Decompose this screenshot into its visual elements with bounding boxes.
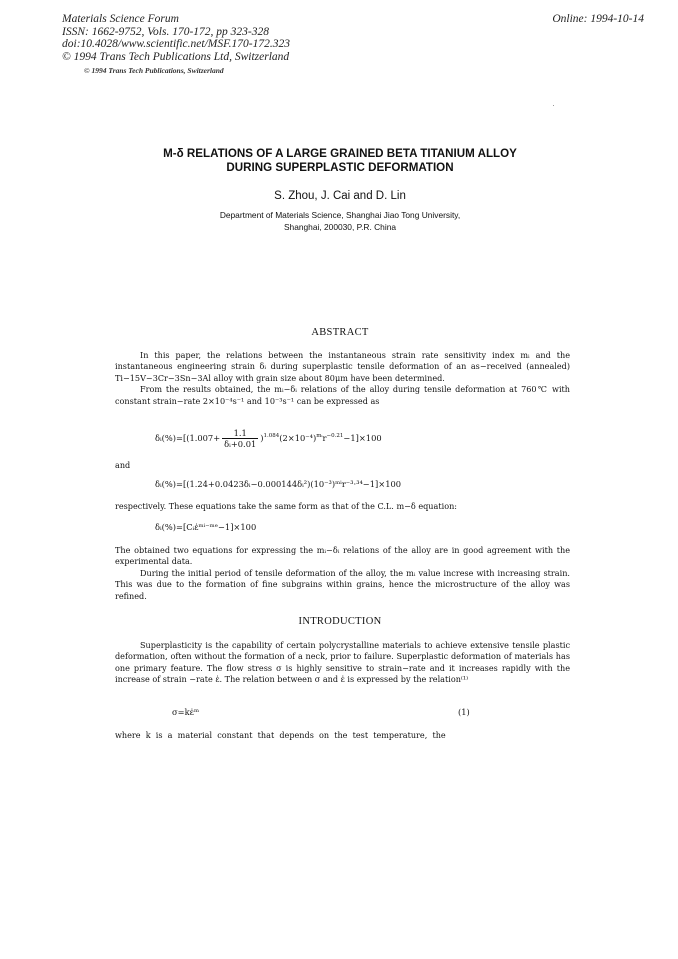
affiliation: Department of Materials Science, Shangha… <box>110 210 570 233</box>
issn-line: ISSN: 1662-9752, Vols. 170-172, pp 323-3… <box>62 26 290 39</box>
copyright-line: © 1994 Trans Tech Publications Ltd, Swit… <box>62 51 290 64</box>
equation-1-fraction: 1.1δᵢ+0.01 <box>222 428 258 449</box>
introduction-paragraph-1: Superplasticity is the capability of cer… <box>115 640 570 686</box>
equation-number: (1) <box>458 707 470 717</box>
equation-1: δᵢ(%)=[(1.007+1.1δᵢ+0.01)1.084(2×10⁻⁴)mᵢ… <box>155 428 382 449</box>
equation-flow-stress: σ=kε̇ᵐ <box>172 707 199 717</box>
scan-speck <box>553 105 554 106</box>
introduction-body: Superplasticity is the capability of cer… <box>115 640 570 686</box>
abstract-paragraph-4: The obtained two equations for expressin… <box>115 545 570 568</box>
abstract-paragraph-1: In this paper, the relations between the… <box>115 350 570 384</box>
affiliation-line-2: Shanghai, 200030, P.R. China <box>110 222 570 234</box>
online-date: Online: 1994-10-14 <box>552 13 644 25</box>
abstract-heading: ABSTRACT <box>110 327 570 338</box>
abstract-paragraph-2: From the results obtained, the mᵢ−δᵢ rel… <box>115 384 570 407</box>
abstract-paragraph-5: During the initial period of tensile def… <box>115 568 570 602</box>
original-copyright: © 1994 Trans Tech Publications, Switzerl… <box>84 66 290 76</box>
abstract-paragraph-3: respectively. These equations take the s… <box>115 501 570 512</box>
publication-header: Materials Science Forum ISSN: 1662-9752,… <box>62 13 290 76</box>
affiliation-line-1: Department of Materials Science, Shangha… <box>110 210 570 222</box>
and-connector: and <box>115 460 130 470</box>
introduction-heading: INTRODUCTION <box>110 616 570 627</box>
abstract-conclusion: The obtained two equations for expressin… <box>115 545 570 602</box>
abstract-body: In this paper, the relations between the… <box>115 350 570 407</box>
equation-3: δᵢ(%)=[Cᵢε̇ᵐⁱ⁻ᵐᵉ−1]×100 <box>155 522 256 532</box>
title-line-1: M-δ RELATIONS OF A LARGE GRAINED BETA TI… <box>110 147 570 161</box>
introduction-paragraph-2: where k is a material constant that depe… <box>115 730 570 741</box>
authors: S. Zhou, J. Cai and D. Lin <box>110 190 570 202</box>
paper-title: M-δ RELATIONS OF A LARGE GRAINED BETA TI… <box>110 147 570 175</box>
equation-2: δᵢ(%)=[(1.24+0.0423δᵢ−0.000144δᵢ²)(10⁻³)… <box>155 479 401 489</box>
doi-line: doi:10.4028/www.scientific.net/MSF.170-1… <box>62 38 290 51</box>
journal-name: Materials Science Forum <box>62 13 290 26</box>
title-line-2: DURING SUPERPLASTIC DEFORMATION <box>110 161 570 175</box>
